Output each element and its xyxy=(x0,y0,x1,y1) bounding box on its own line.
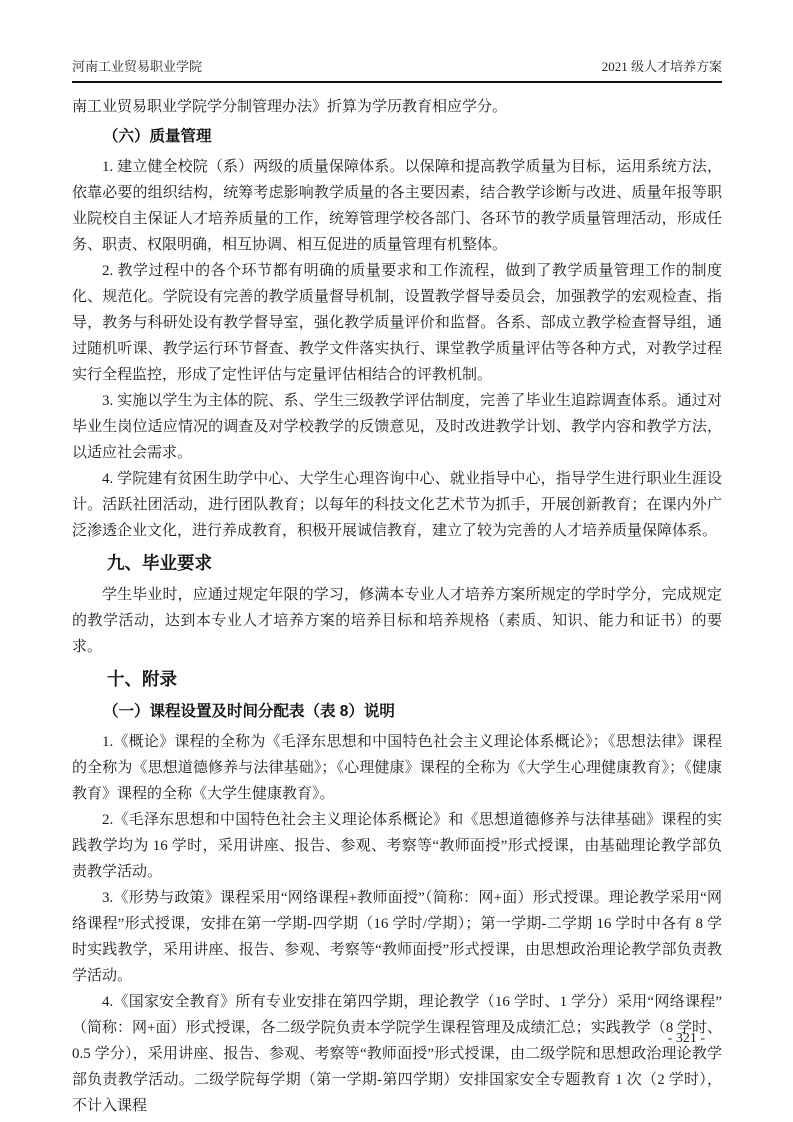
heading-graduation-requirements: 九、毕业要求 xyxy=(72,548,722,578)
document-page: 河南工业贸易职业学院 2021 级人才培养方案 南工业贸易职业学院学分制管理办法… xyxy=(0,0,793,1122)
paragraph-appendix-note-2: 2.《毛泽东思想和中国特色社会主义理论体系概论》和《思想道德修养与法律基础》课程… xyxy=(72,807,722,885)
paragraph-quality-item-1: 1. 建立健全校院（系）两级的质量保障体系。以保障和提高教学质量为目标，运用系统… xyxy=(72,154,722,258)
paragraph-quality-item-3: 3. 实施以学生为主体的院、系、学生三级教学评估制度，完善了毕业生追踪调查体系。… xyxy=(72,388,722,466)
header-doc-title: 2021 级人才培养方案 xyxy=(602,58,722,76)
paragraph-quality-item-2: 2. 教学过程中的各个环节都有明确的质量要求和工作流程，做到了教学质量管理工作的… xyxy=(72,258,722,388)
page-header: 河南工业贸易职业学院 2021 级人才培养方案 xyxy=(72,58,722,83)
heading-appendix: 十、附录 xyxy=(72,664,722,694)
paragraph-appendix-note-4: 4.《国家安全教育》所有专业安排在第四学期，理论教学（16 学时、1 学分）采用… xyxy=(72,989,722,1119)
paragraph-appendix-note-3: 3.《形势与政策》课程采用“网络课程+教师面授”（简称：网+面）形式授课。理论教… xyxy=(72,885,722,989)
page-footer: - 321 - xyxy=(668,1030,705,1048)
document-body: 南工业贸易职业学院学分制管理办法》折算为学历教育相应学分。 （六）质量管理 1.… xyxy=(72,94,722,1119)
heading-quality-management: （六）质量管理 xyxy=(72,123,722,151)
paragraph-graduation-requirements: 学生毕业时，应通过规定年限的学习，修满本专业人才培养方案所规定的学时学分，完成规… xyxy=(72,582,722,660)
paragraph-quality-item-4: 4. 学院建有贫困生助学中心、大学生心理咨询中心、就业指导中心，指导学生进行职业… xyxy=(72,466,722,544)
heading-course-table-notes: （一）课程设置及时间分配表（表 8）说明 xyxy=(72,698,722,726)
paragraph-appendix-note-1: 1.《概论》课程的全称为《毛泽东思想和中国特色社会主义理论体系概论》；《思想法律… xyxy=(72,729,722,807)
paragraph-continuation-credit-rules: 南工业贸易职业学院学分制管理办法》折算为学历教育相应学分。 xyxy=(72,94,722,120)
page-number: - 321 - xyxy=(668,1031,705,1046)
header-school-name: 河南工业贸易职业学院 xyxy=(72,58,202,76)
